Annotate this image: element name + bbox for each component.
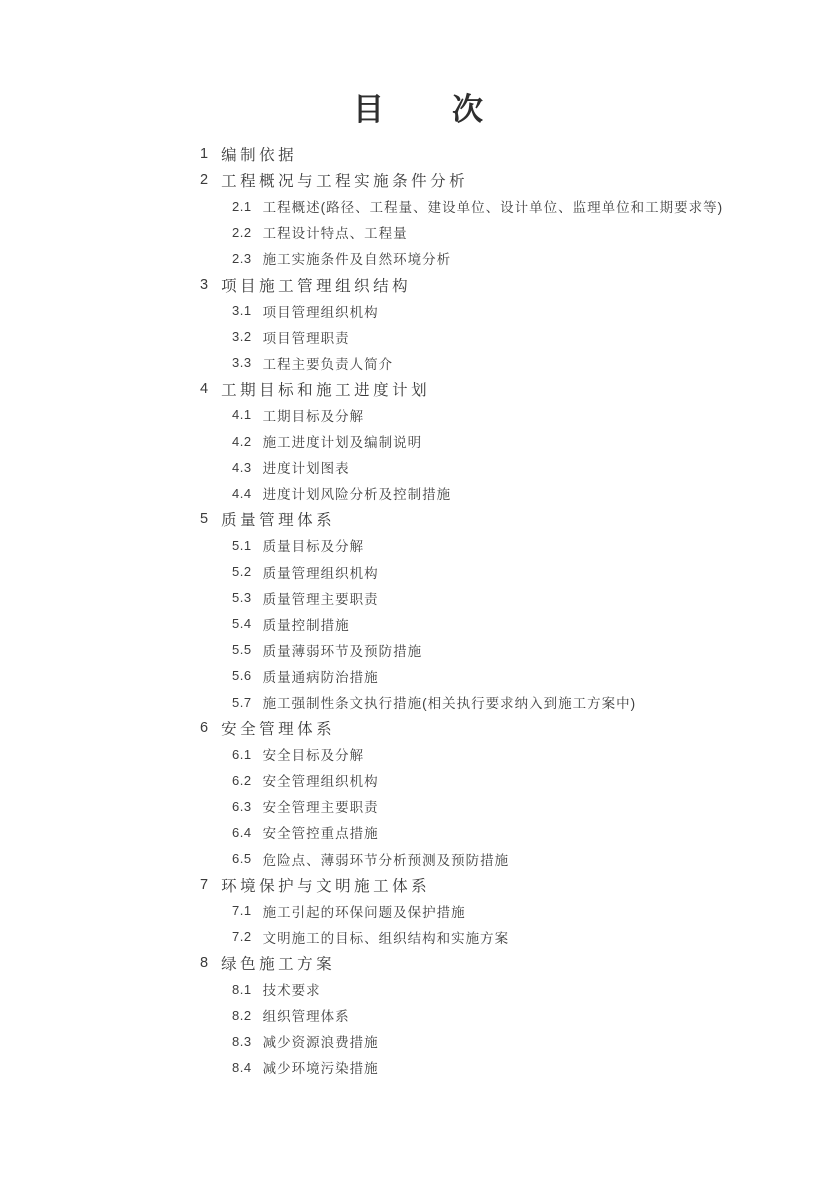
toc-chapter: 5质量管理体系 xyxy=(0,506,838,532)
toc-subitem: 8.2组织管理体系 xyxy=(0,1002,838,1028)
toc-item-number: 7.2 xyxy=(232,929,252,944)
toc-subitem: 6.5危险点、薄弱环节分析预测及预防措施 xyxy=(0,846,838,872)
toc-item-number: 4 xyxy=(200,381,208,397)
toc-chapter: 7环境保护与文明施工体系 xyxy=(0,872,838,898)
page-title: 目 次 xyxy=(0,92,838,128)
toc-subitem: 4.3进度计划图表 xyxy=(0,454,838,480)
toc-item-label: 减少环境污染措施 xyxy=(263,1057,379,1077)
toc-subitem: 6.4安全管控重点措施 xyxy=(0,819,838,845)
toc-item-label: 施工进度计划及编制说明 xyxy=(263,431,423,451)
toc-item-number: 2 xyxy=(200,172,208,188)
toc-item-label: 项目管理职责 xyxy=(263,327,350,347)
toc-item-number: 3 xyxy=(200,277,208,293)
toc-subitem: 8.1技术要求 xyxy=(0,976,838,1002)
toc-item-label: 危险点、薄弱环节分析预测及预防措施 xyxy=(263,849,510,869)
toc-subitem: 4.4进度计划风险分析及控制措施 xyxy=(0,480,838,506)
toc-item-label: 工程主要负责人简介 xyxy=(263,353,394,373)
toc-item-number: 6.4 xyxy=(232,825,252,840)
toc-item-label: 减少资源浪费措施 xyxy=(263,1031,379,1051)
toc-item-number: 8 xyxy=(200,955,208,971)
toc-item-label: 施工引起的环保问题及保护措施 xyxy=(263,901,466,921)
toc-item-number: 6 xyxy=(200,720,208,736)
toc-item-number: 6.1 xyxy=(232,747,252,762)
toc-subitem: 7.2文明施工的目标、组织结构和实施方案 xyxy=(0,924,838,950)
toc-chapter: 3项目施工管理组织结构 xyxy=(0,271,838,297)
toc-item-label: 质量控制措施 xyxy=(263,614,350,634)
toc-item-number: 3.1 xyxy=(232,303,252,318)
toc-item-label: 安全管理主要职责 xyxy=(263,796,379,816)
toc-subitem: 5.7施工强制性条文执行措施(相关执行要求纳入到施工方案中) xyxy=(0,689,838,715)
toc-chapter: 6安全管理体系 xyxy=(0,715,838,741)
toc-subitem: 5.1质量目标及分解 xyxy=(0,532,838,558)
toc-chapter: 1编制依据 xyxy=(0,141,838,167)
toc-item-label: 文明施工的目标、组织结构和实施方案 xyxy=(263,927,510,947)
toc-item-label: 安全管理组织机构 xyxy=(263,770,379,790)
toc-item-label: 安全管控重点措施 xyxy=(263,822,379,842)
document-page: 目 次 1编制依据2工程概况与工程实施条件分析2.1工程概述(路径、工程量、建设… xyxy=(0,0,838,1186)
toc-subitem: 2.1工程概述(路径、工程量、建设单位、设计单位、监理单位和工期要求等) xyxy=(0,193,838,219)
toc-subitem: 3.3工程主要负责人简介 xyxy=(0,350,838,376)
toc-item-label: 质量管理组织机构 xyxy=(263,562,379,582)
toc-subitem: 4.2施工进度计划及编制说明 xyxy=(0,428,838,454)
toc-subitem: 8.4减少环境污染措施 xyxy=(0,1054,838,1080)
toc-item-number: 5.1 xyxy=(232,538,252,553)
toc-item-number: 5.6 xyxy=(232,668,252,683)
toc-subitem: 5.6质量通病防治措施 xyxy=(0,663,838,689)
toc-item-number: 1 xyxy=(200,146,208,162)
toc-item-label: 安全管理体系 xyxy=(221,717,335,739)
toc-item-label: 工程设计特点、工程量 xyxy=(263,222,408,242)
toc-subitem: 8.3减少资源浪费措施 xyxy=(0,1028,838,1054)
toc-item-number: 2.2 xyxy=(232,225,252,240)
toc-item-label: 进度计划风险分析及控制措施 xyxy=(263,483,452,503)
toc-item-label: 绿色施工方案 xyxy=(221,952,335,974)
toc-item-number: 6.3 xyxy=(232,799,252,814)
toc-item-label: 质量管理主要职责 xyxy=(263,588,379,608)
toc-item-number: 4.4 xyxy=(232,486,252,501)
toc-item-number: 7 xyxy=(200,877,208,893)
toc-item-number: 5.2 xyxy=(232,564,252,579)
toc-item-label: 施工强制性条文执行措施(相关执行要求纳入到施工方案中) xyxy=(263,692,637,712)
toc-subitem: 7.1施工引起的环保问题及保护措施 xyxy=(0,898,838,924)
toc-item-number: 2.3 xyxy=(232,251,252,266)
toc-subitem: 5.5质量薄弱环节及预防措施 xyxy=(0,637,838,663)
toc-list: 1编制依据2工程概况与工程实施条件分析2.1工程概述(路径、工程量、建设单位、设… xyxy=(0,141,838,1080)
toc-item-label: 组织管理体系 xyxy=(263,1005,350,1025)
toc-item-number: 4.2 xyxy=(232,434,252,449)
toc-subitem: 6.3安全管理主要职责 xyxy=(0,793,838,819)
toc-item-number: 5.5 xyxy=(232,642,252,657)
toc-chapter: 4工期目标和施工进度计划 xyxy=(0,376,838,402)
toc-item-label: 质量通病防治措施 xyxy=(263,666,379,686)
toc-item-label: 编制依据 xyxy=(221,143,297,165)
toc-item-number: 8.3 xyxy=(232,1034,252,1049)
toc-item-number: 8.1 xyxy=(232,982,252,997)
toc-item-label: 项目施工管理组织结构 xyxy=(221,274,411,296)
toc-item-label: 工程概况与工程实施条件分析 xyxy=(221,169,468,191)
toc-item-number: 5.3 xyxy=(232,590,252,605)
toc-subitem: 3.2项目管理职责 xyxy=(0,324,838,350)
toc-item-label: 进度计划图表 xyxy=(263,457,350,477)
toc-item-label: 项目管理组织机构 xyxy=(263,301,379,321)
toc-item-label: 施工实施条件及自然环境分析 xyxy=(263,248,452,268)
toc-item-number: 8.2 xyxy=(232,1008,252,1023)
toc-item-label: 技术要求 xyxy=(263,979,321,999)
toc-item-label: 环境保护与文明施工体系 xyxy=(221,874,430,896)
toc-subitem: 6.2安全管理组织机构 xyxy=(0,767,838,793)
toc-item-label: 工程概述(路径、工程量、建设单位、设计单位、监理单位和工期要求等) xyxy=(263,196,724,216)
toc-item-number: 5 xyxy=(200,511,208,527)
toc-item-number: 5.7 xyxy=(232,695,252,710)
toc-subitem: 5.4质量控制措施 xyxy=(0,611,838,637)
toc-item-number: 4.3 xyxy=(232,460,252,475)
toc-chapter: 2工程概况与工程实施条件分析 xyxy=(0,167,838,193)
toc-item-number: 7.1 xyxy=(232,903,252,918)
toc-item-number: 6.5 xyxy=(232,851,252,866)
toc-item-number: 6.2 xyxy=(232,773,252,788)
toc-subitem: 4.1工期目标及分解 xyxy=(0,402,838,428)
toc-item-label: 工期目标和施工进度计划 xyxy=(221,378,430,400)
toc-subitem: 2.3施工实施条件及自然环境分析 xyxy=(0,245,838,271)
toc-subitem: 2.2工程设计特点、工程量 xyxy=(0,219,838,245)
toc-item-number: 3.3 xyxy=(232,355,252,370)
toc-subitem: 5.3质量管理主要职责 xyxy=(0,585,838,611)
toc-item-number: 5.4 xyxy=(232,616,252,631)
toc-subitem: 6.1安全目标及分解 xyxy=(0,741,838,767)
toc-chapter: 8绿色施工方案 xyxy=(0,950,838,976)
toc-item-number: 8.4 xyxy=(232,1060,252,1075)
toc-item-number: 4.1 xyxy=(232,407,252,422)
toc-item-label: 质量目标及分解 xyxy=(263,535,365,555)
toc-subitem: 5.2质量管理组织机构 xyxy=(0,559,838,585)
toc-item-label: 质量管理体系 xyxy=(221,508,335,530)
toc-item-number: 3.2 xyxy=(232,329,252,344)
toc-subitem: 3.1项目管理组织机构 xyxy=(0,298,838,324)
toc-item-label: 安全目标及分解 xyxy=(263,744,365,764)
toc-item-label: 工期目标及分解 xyxy=(263,405,365,425)
toc-item-label: 质量薄弱环节及预防措施 xyxy=(263,640,423,660)
toc-item-number: 2.1 xyxy=(232,199,252,214)
